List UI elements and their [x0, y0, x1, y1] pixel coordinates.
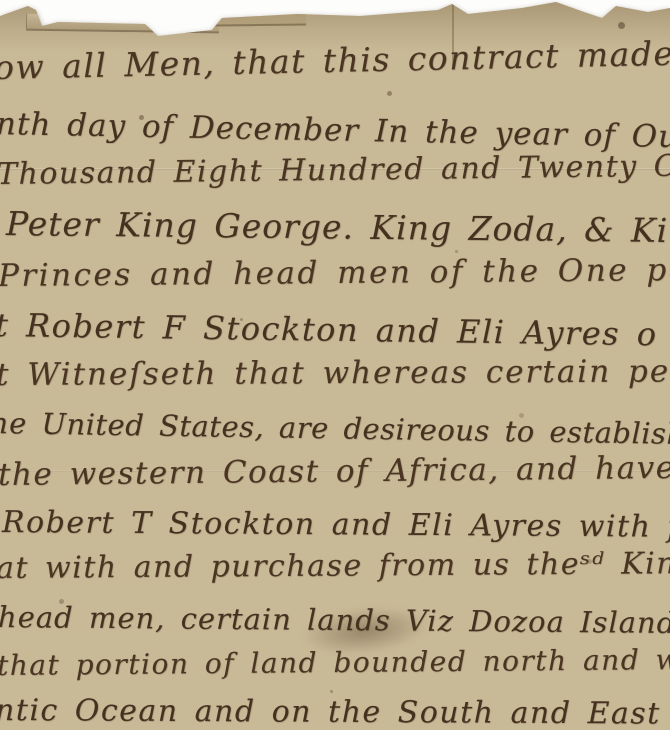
- manuscript-paper-wrapper: ow all Men, that this contract made nth …: [0, 0, 670, 730]
- manuscript-line-14: ntic Ocean and on the South and East by: [0, 693, 670, 730]
- manuscript-line-3: Thousand Eight Hundred and Twenty One: [0, 148, 670, 192]
- manuscript-line-4: Peter King George. King Zoda, & King: [6, 204, 670, 250]
- manuscript-line-13: that portion of land bounded north and w…: [0, 643, 670, 682]
- manuscript-line-8: he United States, are desireous to estab…: [0, 406, 670, 451]
- manuscript-line-9: the western Coast of Africa, and have: [0, 450, 670, 493]
- manuscript-line-1: ow all Men, that this contract made: [0, 34, 670, 87]
- manuscript-line-12: head men, certain lands Viz Dozoa Island: [0, 600, 670, 640]
- manuscript-line-10: Robert T Stockton and Eli Ayres with fu: [2, 505, 670, 545]
- manuscript-paper: ow all Men, that this contract made nth …: [0, 0, 670, 730]
- manuscript-line-6: t Robert F Stockton and Eli Ayres o: [0, 306, 658, 353]
- paper-specks: [0, 0, 3, 3]
- handwritten-text: ow all Men, that this contract made nth …: [0, 0, 670, 730]
- manuscript-line-2: nth day of December In the year of Ou: [0, 106, 670, 155]
- manuscript-line-11: at with and purchase from us theˢᵈ Kings: [0, 546, 670, 586]
- manuscript-line-7: t Witneſseth that whereas certain per: [0, 353, 670, 393]
- manuscript-line-5: Princes and head men of the One pa: [0, 252, 670, 294]
